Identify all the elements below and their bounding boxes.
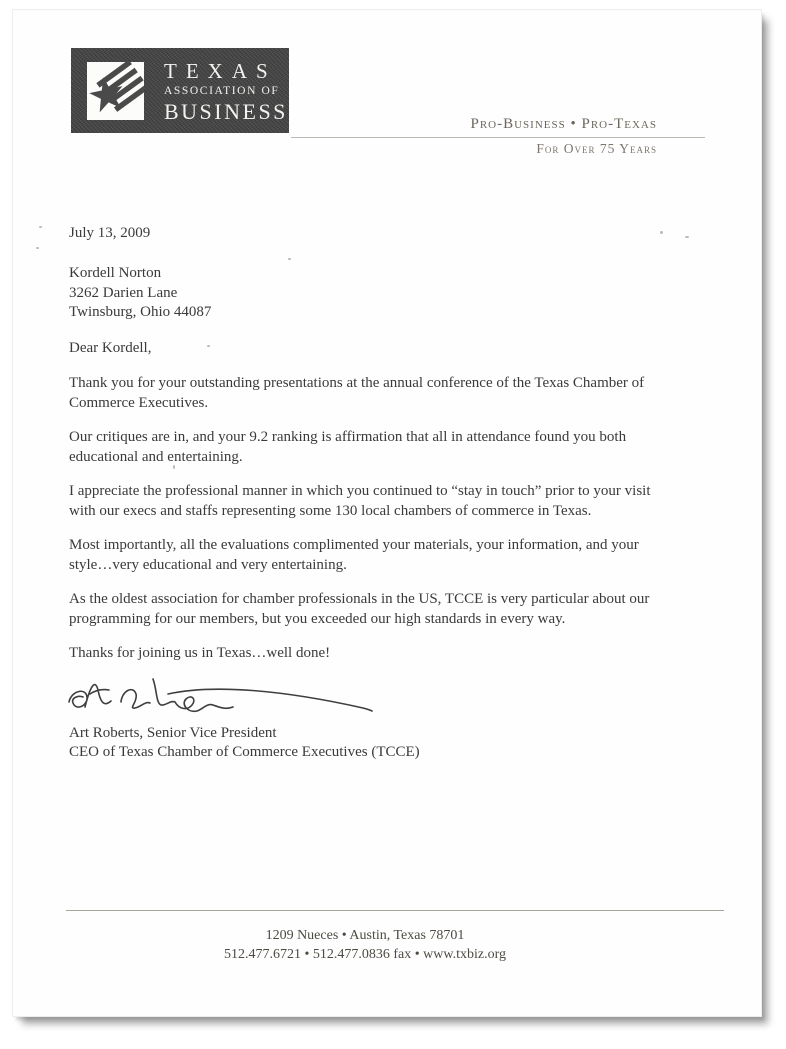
scan-speck — [207, 345, 210, 347]
footer-address: 1209 Nueces • Austin, Texas 78701 — [13, 926, 717, 945]
logo-line-texas: TEXAS — [164, 61, 288, 82]
paragraph-3: I appreciate the professional manner in … — [69, 482, 709, 521]
paragraph-1-line-1: Thank you for your outstanding presentat… — [69, 374, 709, 394]
paragraph-3-line-1: I appreciate the professional manner in … — [69, 482, 709, 502]
paragraph-5-line-1: As the oldest association for chamber pr… — [69, 590, 709, 610]
footer-divider-line — [66, 910, 724, 911]
closing-line-text: Thanks for joining us in Texas…well done… — [69, 644, 709, 664]
letterhead-divider-line — [291, 137, 705, 138]
paragraph-5-line-2: programming for our members, but you exc… — [69, 610, 709, 630]
paragraph-1-line-2: Commerce Executives. — [69, 394, 709, 414]
paragraph-5: As the oldest association for chamber pr… — [69, 590, 709, 629]
letter-body: July 13, 2009 Kordell Norton 3262 Darien… — [69, 224, 709, 763]
recipient-street: 3262 Darien Lane — [69, 284, 709, 304]
paragraph-4: Most importantly, all the evaluations co… — [69, 536, 709, 575]
handwritten-signature — [63, 672, 709, 724]
scan-speck — [173, 465, 175, 469]
recipient-city-state-zip: Twinsburg, Ohio 44087 — [69, 303, 709, 323]
paragraph-3-line-2: with our execs and staffs representing s… — [69, 502, 709, 522]
paragraph-2: Our critiques are in, and your 9.2 ranki… — [69, 428, 709, 467]
letter-date: July 13, 2009 — [69, 224, 709, 244]
paragraph-4-line-1: Most importantly, all the evaluations co… — [69, 536, 709, 556]
texas-star-flag-icon — [87, 62, 144, 120]
tagline-pro-business: Pro-Business • Pro-Texas — [13, 116, 657, 133]
logo-line-association-of: ASSOCIATION OF — [164, 86, 288, 98]
signer-title: CEO of Texas Chamber of Commerce Executi… — [69, 743, 709, 763]
recipient-address-block: Kordell Norton 3262 Darien Lane Twinsbur… — [69, 264, 709, 323]
paragraph-4-line-2: style…very educational and very entertai… — [69, 556, 709, 576]
scan-speck — [36, 247, 39, 249]
paragraph-2-line-2: educational and entertaining. — [69, 448, 709, 468]
scan-speck — [288, 258, 291, 260]
recipient-name: Kordell Norton — [69, 264, 709, 284]
signature-block: Art Roberts, Senior Vice President CEO o… — [69, 724, 709, 763]
tagline-for-over-75-years: For Over 75 Years — [13, 141, 657, 157]
closing-line: Thanks for joining us in Texas…well done… — [69, 644, 709, 664]
paragraph-1: Thank you for your outstanding presentat… — [69, 374, 709, 413]
signer-name: Art Roberts, Senior Vice President — [69, 724, 709, 744]
logo-wordmark: TEXAS ASSOCIATION OF BUSINESS — [164, 61, 288, 123]
footer: 1209 Nueces • Austin, Texas 78701 512.47… — [13, 926, 717, 964]
scan-speck — [685, 236, 689, 238]
letter-page: TEXAS ASSOCIATION OF BUSINESS Pro-Busine… — [13, 10, 761, 1016]
scan-speck — [660, 231, 663, 234]
paragraph-2-line-1: Our critiques are in, and your 9.2 ranki… — [69, 428, 709, 448]
scan-speck — [39, 226, 42, 228]
footer-contact: 512.477.6721 • 512.477.0836 fax • www.tx… — [13, 945, 717, 964]
salutation: Dear Kordell, — [69, 339, 709, 359]
